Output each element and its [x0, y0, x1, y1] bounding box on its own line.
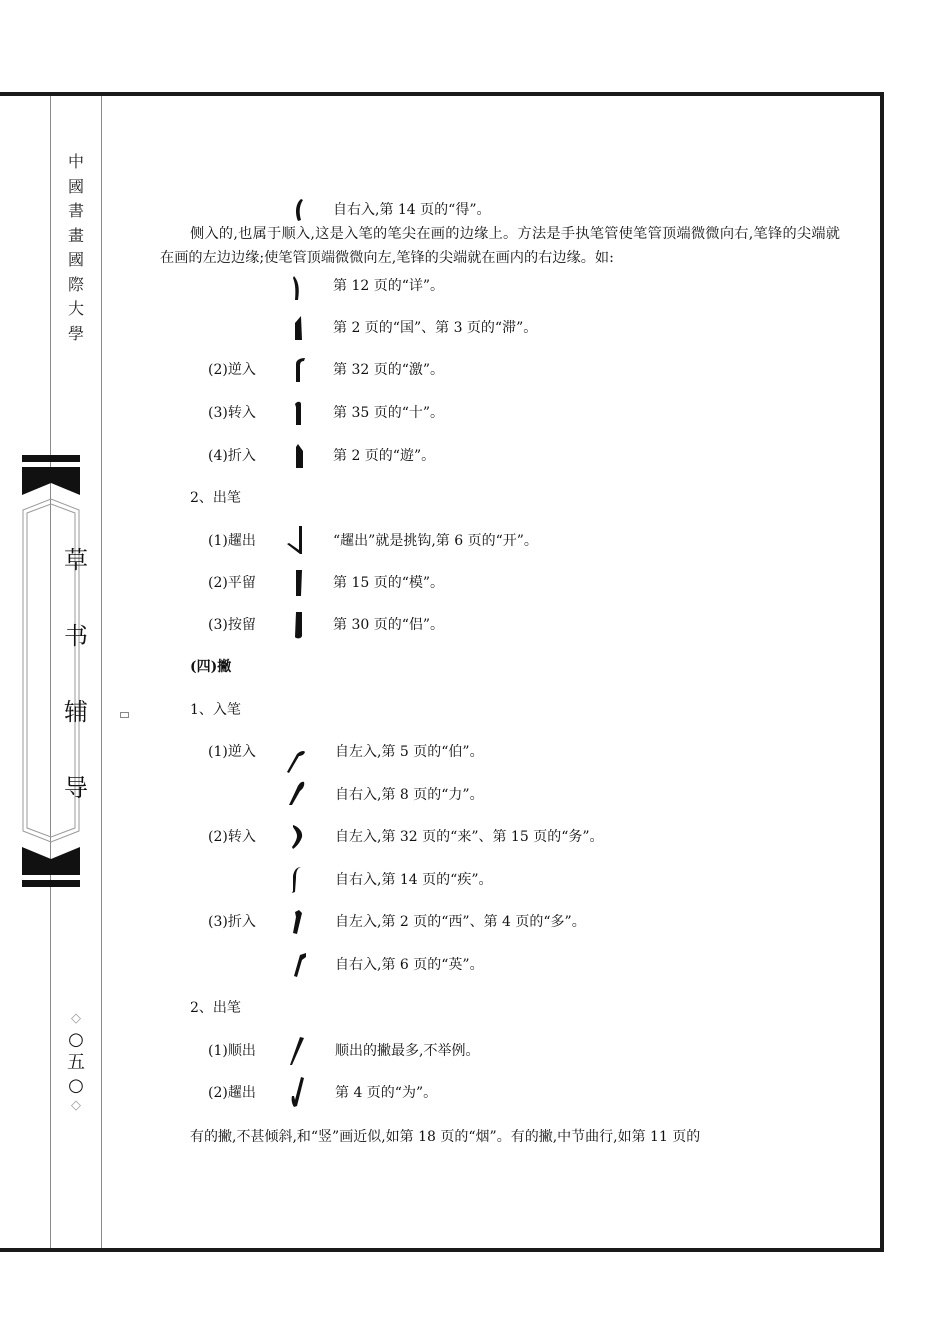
- item-label: (3)折入: [208, 912, 256, 932]
- example-text: 自右入,第 14 页的“得”。: [333, 200, 490, 220]
- item-label: (2)逆入: [208, 360, 256, 380]
- section-heading: 1、入笔: [190, 700, 241, 720]
- example-text: 自左入,第 5 页的“伯”。: [335, 742, 484, 762]
- pie-smooth-exit-stroke-icon: [287, 1036, 307, 1066]
- item-label: (1)顺出: [208, 1041, 256, 1061]
- fold-entry-stroke-icon: [293, 443, 305, 469]
- item-label: (4)折入: [208, 446, 256, 466]
- example-text: 自左入,第 32 页的“来”、第 15 页的“务”。: [335, 827, 604, 847]
- section-heading: 2、出笔: [190, 998, 241, 1018]
- page-content: 自右入,第 14 页的“得”。 侧入的,也属于顺入,这是入笔的笔尖在画的边缘上。…: [0, 0, 950, 1344]
- example-text: 自右入,第 8 页的“力”。: [335, 785, 484, 805]
- item-label: (2)平留: [208, 573, 256, 593]
- example-text: 第 32 页的“激”。: [333, 360, 444, 380]
- paragraph-side-entry: 侧入的,也属于顺入,这是入笔的笔尖在画的边缘上。方法是手执笔管使笔管顶端微微向右…: [160, 222, 840, 270]
- example-text: 顺出的撇最多,不举例。: [335, 1041, 479, 1061]
- pie-turn-entry-right-stroke-icon: [290, 866, 304, 894]
- side-entry-stroke-icon: [292, 315, 304, 341]
- paragraph-closing: 有的撇,不甚倾斜,和“竖”画近似,如第 18 页的“烟”。有的撇,中节曲行,如第…: [190, 1127, 700, 1147]
- item-label: (1)逆入: [208, 742, 256, 762]
- pie-turn-entry-left-stroke-icon: [290, 824, 306, 850]
- item-label: (1)趯出: [208, 531, 256, 551]
- item-label: (2)趯出: [208, 1083, 256, 1103]
- side-entry-right-stroke-icon: [292, 198, 306, 222]
- example-text: 第 30 页的“侣”。: [333, 615, 444, 635]
- example-text: 第 12 页的“详”。: [333, 276, 444, 296]
- flat-stop-stroke-icon: [293, 569, 305, 597]
- example-text: 第 2 页的“遊”。: [333, 446, 435, 466]
- example-text: “趯出”就是挑钩,第 6 页的“开”。: [333, 531, 538, 551]
- example-text: 第 2 页的“国”、第 3 页的“滞”。: [333, 318, 537, 338]
- reverse-entry-stroke-icon: [293, 357, 307, 383]
- side-entry-stroke-icon: [292, 275, 304, 301]
- example-text: 第 15 页的“模”。: [333, 573, 444, 593]
- pie-hook-exit-stroke-icon: [288, 1076, 306, 1108]
- example-text: 第 35 页的“十”。: [333, 403, 444, 423]
- pie-fold-entry-left-stroke-icon: [291, 909, 305, 935]
- item-label: (3)转入: [208, 403, 256, 423]
- pie-fold-entry-right-stroke-icon: [292, 952, 308, 978]
- example-text: 自右入,第 14 页的“疾”。: [335, 870, 492, 890]
- example-text: 自右入,第 6 页的“英”。: [335, 955, 484, 975]
- item-label: (3)按留: [208, 615, 256, 635]
- pie-reverse-entry-left-stroke-icon: [285, 748, 307, 774]
- turn-entry-stroke-icon: [293, 400, 305, 426]
- press-stop-stroke-icon: [292, 611, 304, 639]
- example-text: 第 4 页的“为”。: [335, 1083, 437, 1103]
- item-label: (2)转入: [208, 827, 256, 847]
- section-heading: (四)撇: [190, 657, 231, 677]
- pie-reverse-entry-right-stroke-icon: [287, 780, 307, 806]
- hook-exit-stroke-icon: [285, 525, 305, 555]
- section-heading: 2、出笔: [190, 488, 241, 508]
- example-text: 自左入,第 2 页的“西”、第 4 页的“多”。: [335, 912, 586, 932]
